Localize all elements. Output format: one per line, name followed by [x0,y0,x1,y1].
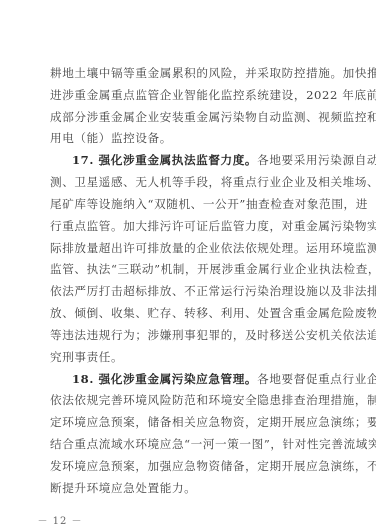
text-line: 行重点监管。加大排污许可证后监管力度，对重金属污染物实 [50,219,326,233]
text-line: 断提升环境应急处置能力。 [50,481,326,495]
page-number: － 12 － [0,512,120,527]
text-line: 测、卫星遥感、无人机等手段，将重点行业企业及相关堆场、 [50,175,326,189]
text-span: 各地要督促重点行业企业 [257,372,376,386]
text-line: 进涉重金属重点监管企业智能化监控系统建设，2022 年底前完 [50,88,326,102]
text-line: 尾矿库等设施纳入“双随机、一公开”抽查检查对象范围，进 [50,197,326,211]
text-line: 耕地土壤中镉等重金属累积的风险，并采取防控措施。加快推 [50,66,326,80]
section-heading-18: 18. 强化涉重金属污染应急管理。 [72,372,257,386]
text-line: 际排放量超出许可排放量的企业依法依规处理。运用环境监测、 [50,241,326,255]
document-page: 耕地土壤中镉等重金属累积的风险，并采取防控措施。加快推 进涉重金属重点监管企业智… [0,0,376,532]
text-line: 结合重点流域水环境应急“一河一策一图”，针对性完善流域突 [50,437,326,451]
text-line: 发环境应急预案，加强应急物资储备，定期开展应急演练，不 [50,459,326,473]
text-span: 各地要采用污染源自动监 [257,153,376,167]
text-line: 究刑事责任。 [50,350,326,364]
text-line: 放、倾倒、收集、贮存、转移、利用、处置含重金属危险废物 [50,306,326,320]
text-line: 成部分涉重金属企业安装重金属污染物自动监测、视频监控和 [50,110,326,124]
text-line: 定环境应急预案，储备相关应急物资，定期开展应急演练；要 [50,415,326,429]
text-line: 监管、执法“三联动”机制，开展涉重金属行业企业执法检查， [50,262,326,276]
text-line: 依法严厉打击超标排放、不正常运行污染治理设施以及非法排 [50,284,326,298]
section-heading-17: 17. 强化涉重金属执法监督力度。 [72,153,257,167]
text-line: 依法依规完善环境风险防范和环境安全隐患排查治理措施，制 [50,393,326,407]
paragraph-18-first-line: 18. 强化涉重金属污染应急管理。各地要督促重点行业企业 [72,372,326,386]
paragraph-17-first-line: 17. 强化涉重金属执法监督力度。各地要采用污染源自动监 [72,153,326,167]
text-line: 用电（能）监控设备。 [50,131,326,145]
text-line: 等违法违规行为；涉嫌刑事犯罪的，及时移送公安机关依法追 [50,328,326,342]
